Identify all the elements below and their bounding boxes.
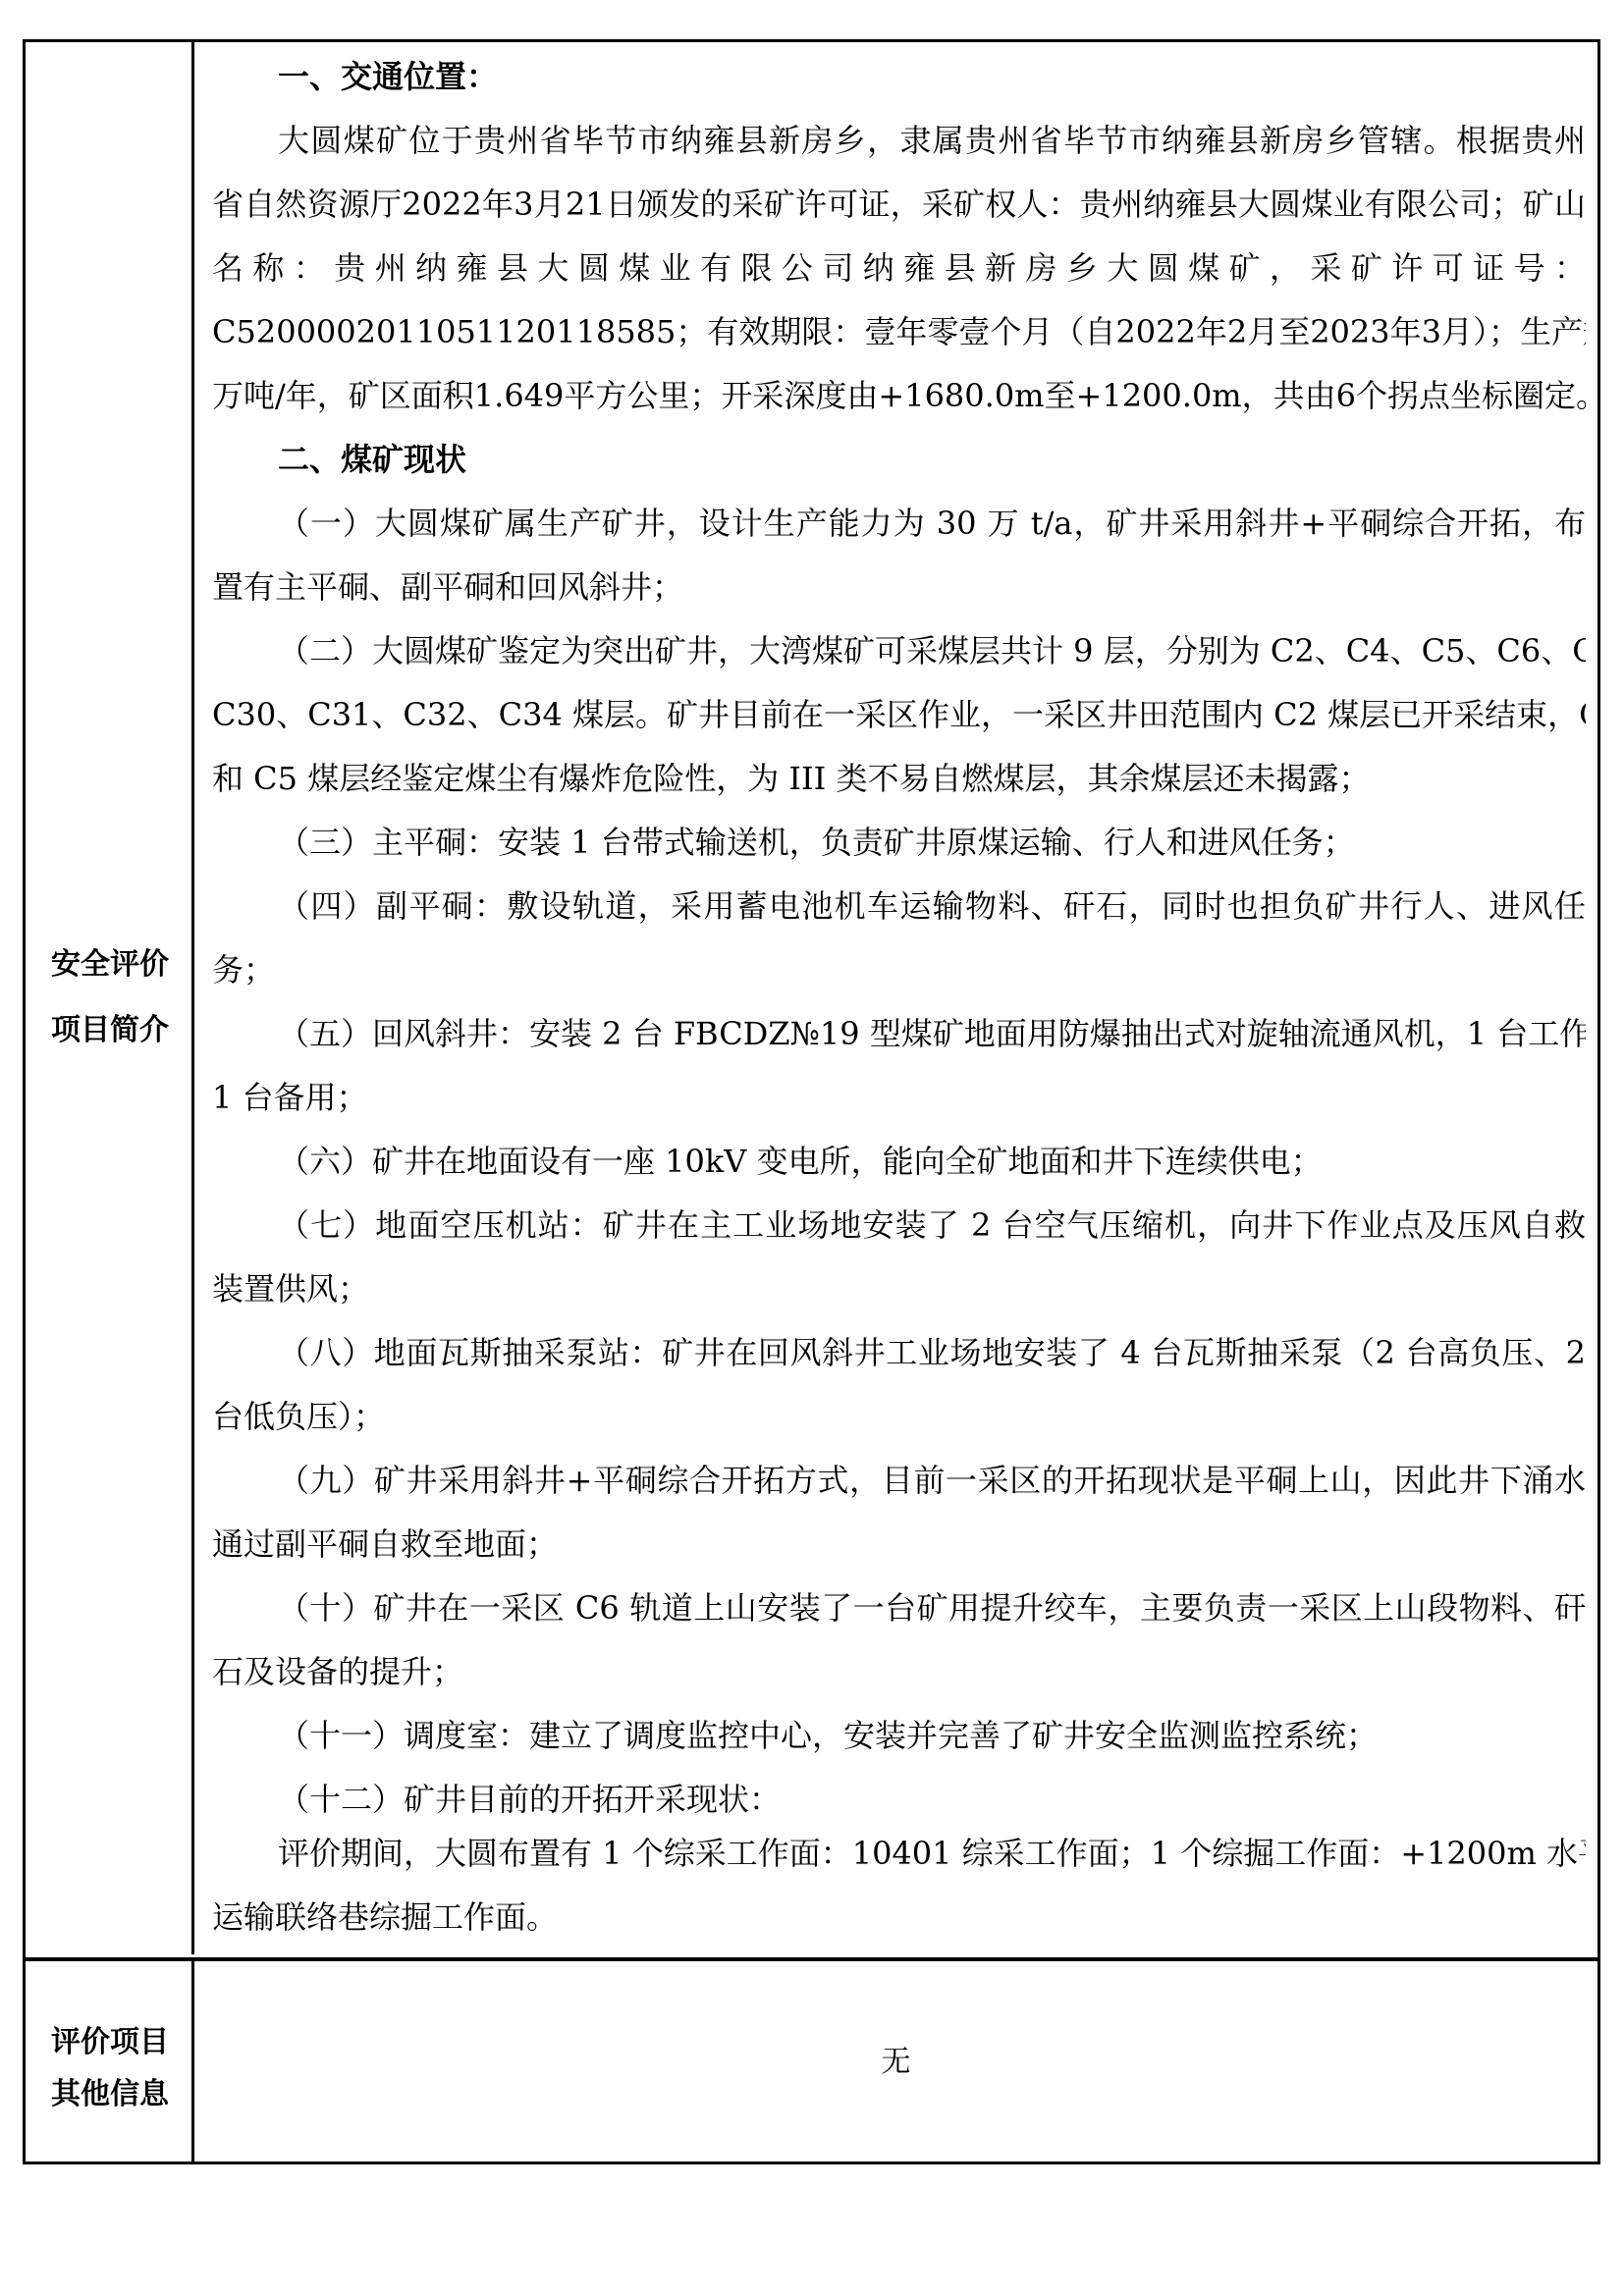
section-heading: 一、交通位置： — [278, 57, 1586, 96]
paragraph-line: （七）地面空压机站：矿井在主工业场地安装了 2 台空气压缩机，向井下作业点及压风… — [278, 1205, 1586, 1245]
other-info-label-line-1: 评价项目 — [26, 2025, 194, 2060]
paragraph-line: C5200002011051120118585；有效期限：壹年零壹个月（自202… — [212, 312, 1586, 351]
paragraph-line: 和 C5 煤层经鉴定煤尘有爆炸危险性，为 III 类不易自燃煤层，其余煤层还未揭… — [212, 759, 1586, 798]
other-info-content-cell: 无 — [194, 1961, 1597, 2162]
paragraph-line: （八）地面瓦斯抽采泵站：矿井在回风斜井工业场地安装了 4 台瓦斯抽采泵（2 台高… — [278, 1333, 1586, 1372]
project-summary-label-line-1: 安全评价 — [26, 947, 194, 983]
safety-evaluation-table: 安全评价 项目简介 一、交通位置：大圆煤矿位于贵州省毕节市纳雍县新房乡，隶属贵州… — [23, 39, 1600, 2164]
paragraph-line: 评价期间，大圆布置有 1 个综采工作面：10401 综采工作面；1 个综掘工作面… — [278, 1834, 1586, 1873]
paragraph-line: 通过副平硐自救至地面； — [212, 1524, 1586, 1564]
paragraph-line: 装置供风； — [212, 1269, 1586, 1308]
paragraph-line: （九）矿井采用斜井+平硐综合开拓方式，目前一采区的开拓现状是平硐上山，因此井下涌… — [278, 1461, 1586, 1500]
section-heading: 二、煤矿现状 — [278, 440, 1586, 479]
other-info-label-line-2: 其他信息 — [26, 2077, 194, 2112]
paragraph-line: 名称：贵州纳雍县大圆煤业有限公司纳雍县新房乡大圆煤矿，采矿许可证号： — [212, 248, 1586, 288]
project-summary-label-cell: 安全评价 项目简介 — [26, 42, 194, 1954]
paragraph-line: C30、C31、C32、C34 煤层。矿井目前在一采区作业，一采区井田范围内 C… — [212, 695, 1586, 734]
other-info-value: 无 — [194, 2043, 1597, 2082]
other-info-row: 评价项目 其他信息 无 — [26, 1957, 1597, 2162]
paragraph-line: 务； — [212, 950, 1586, 989]
paragraph-line: （四）副平硐：敷设轨道，采用蓄电池机车运输物料、矸石，同时也担负矿井行人、进风任 — [278, 886, 1586, 926]
project-summary-row: 安全评价 项目简介 一、交通位置：大圆煤矿位于贵州省毕节市纳雍县新房乡，隶属贵州… — [26, 42, 1597, 1954]
paragraph-line: （六）矿井在地面设有一座 10kV 变电所，能向全矿地面和井下连续供电； — [278, 1142, 1586, 1181]
paragraph-line: 省自然资源厅2022年3月21日颁发的采矿许可证，采矿权人：贵州纳雍县大圆煤业有… — [212, 185, 1586, 224]
paragraph-line: （十二）矿井目前的开拓开采现状： — [278, 1780, 1586, 1819]
paragraph-line: 运输联络巷综掘工作面。 — [212, 1897, 1586, 1937]
paragraph-line: 石及设备的提升； — [212, 1652, 1586, 1691]
paragraph-line: 置有主平硐、副平硐和回风斜井； — [212, 567, 1586, 607]
paragraph-line: （十）矿井在一采区 C6 轨道上山安装了一台矿用提升绞车，主要负责一采区上山段物… — [278, 1588, 1586, 1628]
paragraph-line: （十一）调度室：建立了调度监控中心，安装并完善了矿井安全监测监控系统； — [278, 1716, 1586, 1755]
paragraph-line: （三）主平硐：安装 1 台带式输送机，负责矿井原煤运输、行人和进风任务； — [278, 823, 1586, 862]
paragraph-line: 大圆煤矿位于贵州省毕节市纳雍县新房乡，隶属贵州省毕节市纳雍县新房乡管辖。根据贵州 — [278, 121, 1586, 160]
project-summary-label-line-2: 项目简介 — [26, 1013, 194, 1048]
project-summary-content-cell: 一、交通位置：大圆煤矿位于贵州省毕节市纳雍县新房乡，隶属贵州省毕节市纳雍县新房乡… — [194, 42, 1597, 1954]
paragraph-line: （一）大圆煤矿属生产矿井，设计生产能力为 30 万 t/a，矿井采用斜井+平硐综… — [278, 504, 1586, 543]
paragraph-line: 台低负压）； — [212, 1397, 1586, 1436]
other-info-label-cell: 评价项目 其他信息 — [26, 1961, 194, 2162]
paragraph-line: 万吨/年，矿区面积1.649平方公里；开采深度由+1680.0m至+1200.0… — [212, 376, 1586, 415]
paragraph-line: 1 台备用； — [212, 1078, 1586, 1117]
paragraph-line: （五）回风斜井：安装 2 台 FBCDZ№19 型煤矿地面用防爆抽出式对旋轴流通… — [278, 1014, 1586, 1053]
paragraph-line: （二）大圆煤矿鉴定为突出矿井，大湾煤矿可采煤层共计 9 层，分别为 C2、C4、… — [278, 631, 1586, 670]
